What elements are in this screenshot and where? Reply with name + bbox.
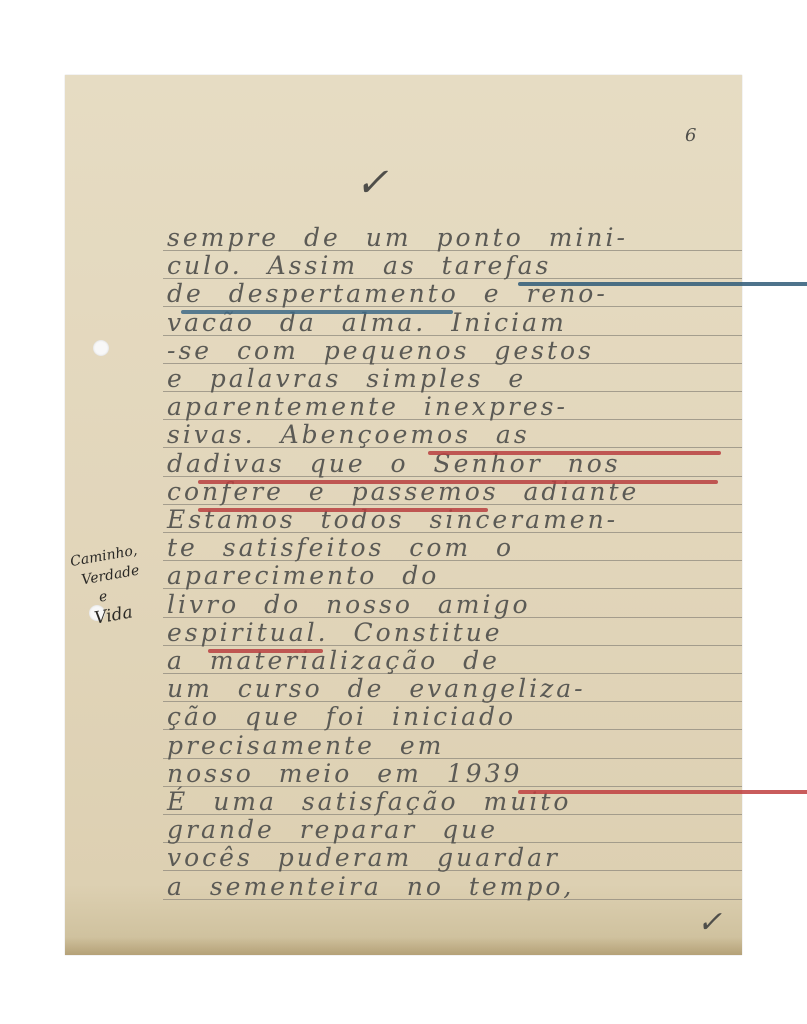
- check-mark-icon: ✓: [355, 160, 389, 206]
- text-line: precisamente em: [167, 732, 737, 760]
- text-line: ção que foi iniciado: [167, 703, 737, 731]
- pencil-underline: [518, 790, 807, 794]
- pencil-underline: [208, 649, 323, 653]
- pencil-underline: [198, 480, 718, 484]
- pencil-underline: [198, 508, 488, 512]
- pencil-underline: [181, 310, 453, 314]
- page-number: 6: [685, 125, 696, 146]
- text-line: te satisfeitos com o: [167, 534, 737, 562]
- text-line: sempre de um ponto mini-: [167, 224, 737, 252]
- text-line: grande reparar que: [167, 816, 737, 844]
- text-line: -se com pequenos gestos: [167, 337, 737, 365]
- punch-hole-top: [93, 340, 109, 356]
- text-line: um curso de evangeliza-: [167, 675, 737, 703]
- text-line: aparecimento do: [167, 562, 737, 590]
- text-line: vocês puderam guardar: [167, 844, 737, 872]
- pencil-underline: [428, 451, 721, 455]
- margin-note: Caminho, Verdade e Vida: [69, 539, 160, 631]
- text-line: nosso meio em 1939: [167, 760, 737, 788]
- text-line: livro do nosso amigo: [167, 591, 737, 619]
- text-line: aparentemente inexpres-: [167, 393, 737, 421]
- check-mark-icon: ✓: [697, 905, 722, 940]
- water-stain: [65, 937, 742, 955]
- text-line: culo. Assim as tarefas: [167, 252, 737, 280]
- pencil-underline: [518, 282, 807, 286]
- manuscript-page: 6 ✓ Caminho, Verdade e Vida sempre de um…: [65, 75, 742, 955]
- text-line: espiritual. Constitue: [167, 619, 737, 647]
- text-line: sivas. Abençoemos as: [167, 421, 737, 449]
- text-line: e palavras simples e: [167, 365, 737, 393]
- text-line: a sementeira no tempo,: [167, 873, 737, 901]
